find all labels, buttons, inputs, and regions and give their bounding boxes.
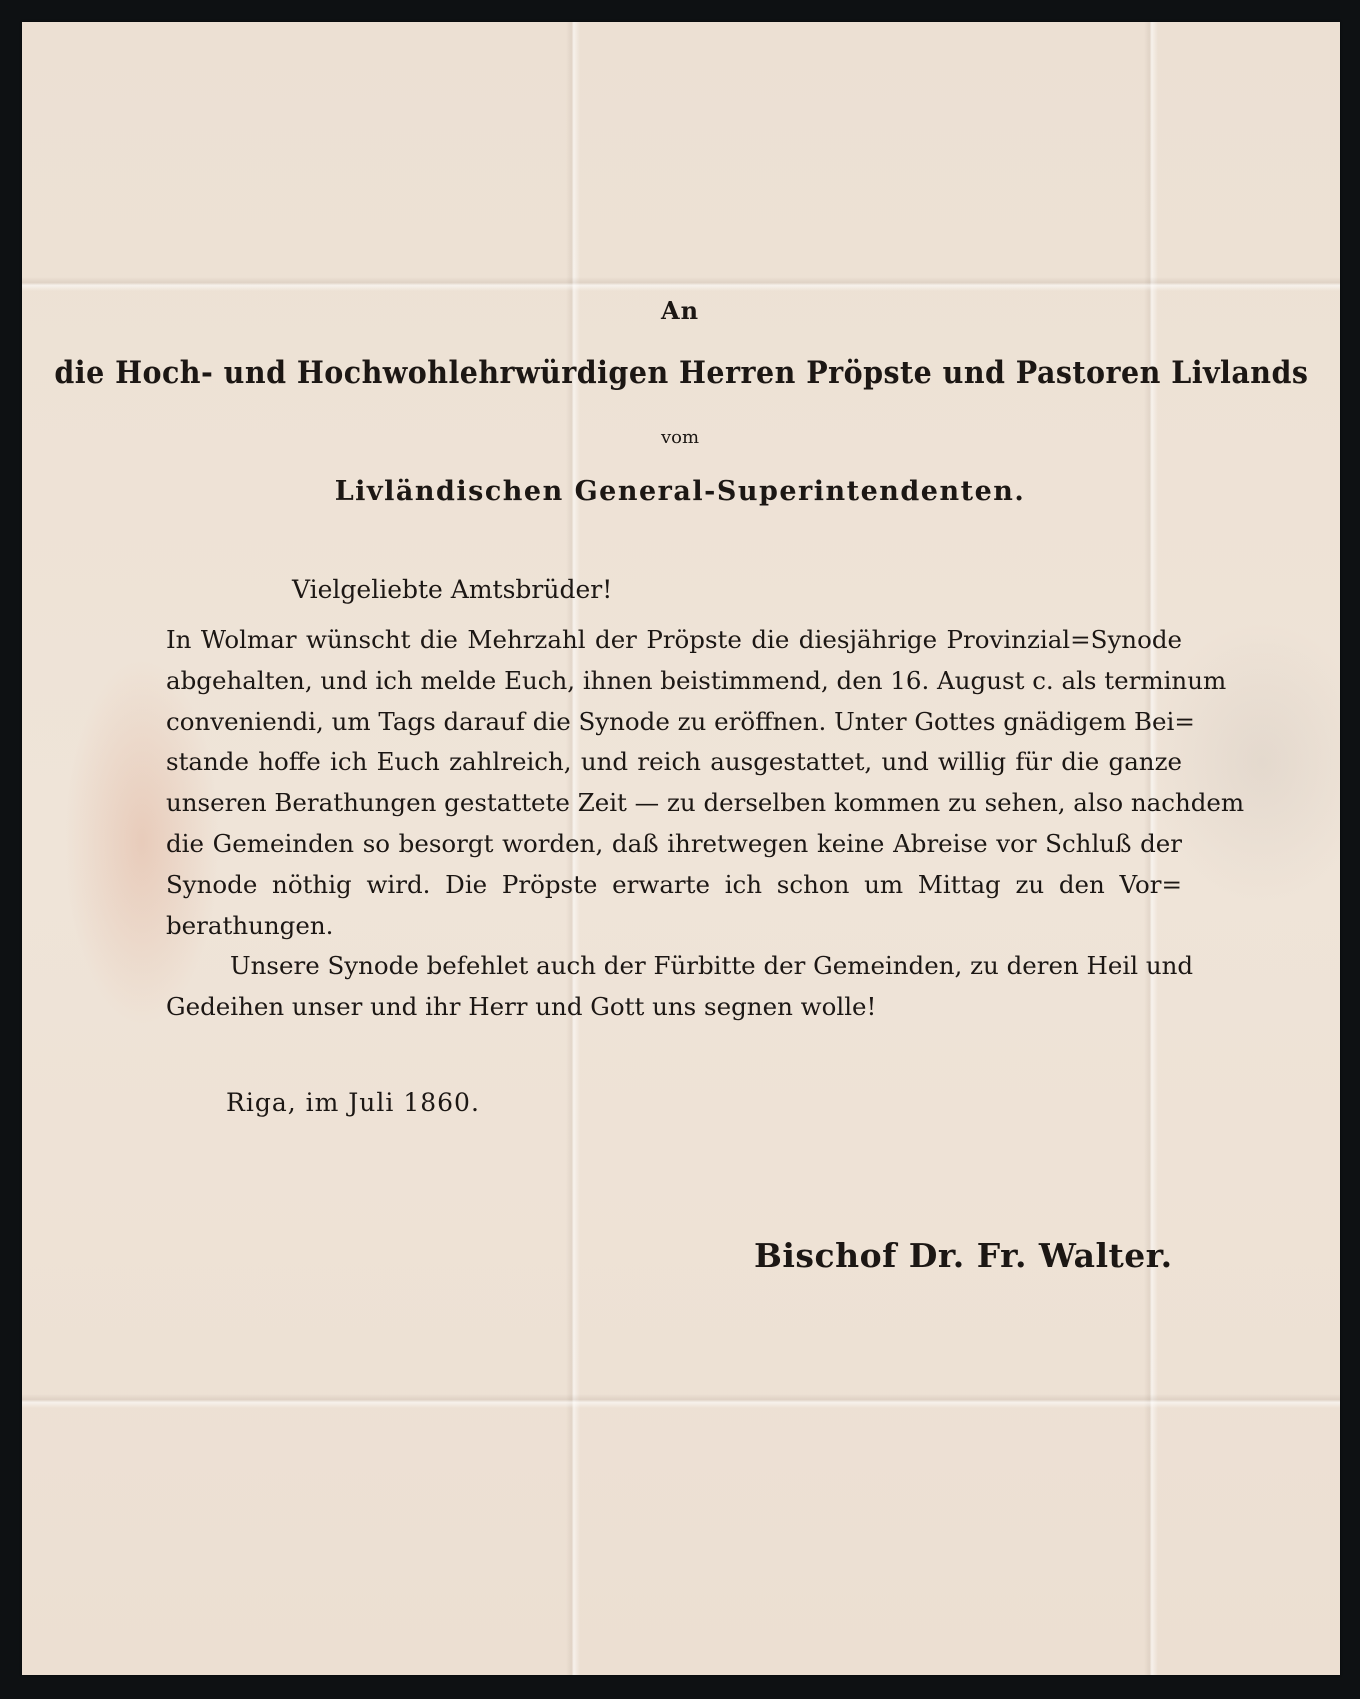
heading-addressee: die Hoch- und Hochwohlehrwürdigen Herren… xyxy=(54,355,1305,391)
salutation: Vielgeliebte Amtsbrüder! xyxy=(292,575,612,604)
heading-to: An xyxy=(0,296,1360,325)
horizontal-fold-crease xyxy=(22,1394,1340,1408)
body-line: Gedeihen unser und ihr Herr und Gott uns… xyxy=(166,987,1182,1028)
body-line: berathungen. xyxy=(166,906,1182,947)
signature: Bischof Dr. Fr. Walter. xyxy=(754,1236,1173,1275)
horizontal-fold-crease xyxy=(22,277,1340,291)
heading-from-prefix: vom xyxy=(0,427,1360,448)
body-line: Synode nöthig wird. Die Pröpste erwarte … xyxy=(166,865,1182,906)
body-line: die Gemeinden so besorgt worden, daß ihr… xyxy=(166,824,1182,865)
letter-body: In Wolmar wünscht die Mehrzahl der Pröps… xyxy=(166,620,1182,1028)
heading-sender: Livländischen General-Superintendenten. xyxy=(0,476,1360,507)
body-line: unseren Berathungen gestattete Zeit — zu… xyxy=(166,783,1182,824)
body-line: abgehalten, und ich melde Euch, ihnen be… xyxy=(166,661,1182,702)
body-line: conveniendi, um Tags darauf die Synode z… xyxy=(166,702,1182,743)
place-date: Riga, im Juli 1860. xyxy=(226,1088,480,1117)
body-line: stande hoffe ich Euch zahlreich, und rei… xyxy=(166,742,1182,783)
body-line: Unsere Synode befehlet auch der Fürbitte… xyxy=(166,946,1182,987)
body-line: In Wolmar wünscht die Mehrzahl der Pröps… xyxy=(166,620,1182,661)
